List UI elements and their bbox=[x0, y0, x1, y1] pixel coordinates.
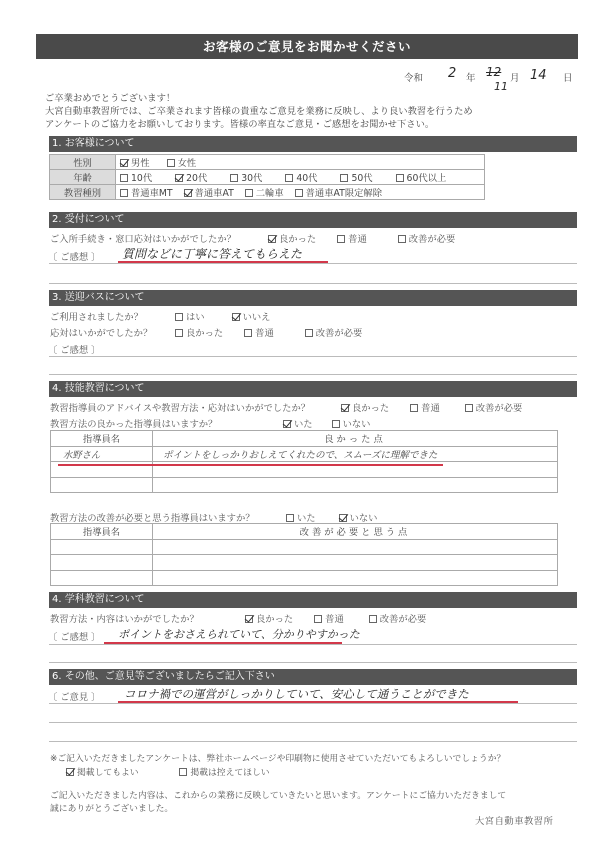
good-instructor-no-option[interactable]: いない bbox=[332, 416, 371, 430]
age-50s-option[interactable]: 50代 bbox=[340, 170, 372, 184]
checkbox-icon[interactable] bbox=[396, 174, 404, 182]
reception-comment[interactable]: 質問などに丁寧に答えてもらえた bbox=[122, 245, 302, 262]
checkbox-checked-icon[interactable] bbox=[232, 313, 240, 321]
improve-points-cell[interactable] bbox=[153, 555, 558, 571]
checkbox-icon[interactable] bbox=[340, 174, 348, 182]
gender-row: 性別 男性 女性 bbox=[50, 155, 485, 170]
improve-points-header: 改善が必要と思う点 bbox=[153, 524, 558, 540]
good-points-cell[interactable] bbox=[153, 477, 558, 493]
table-row: 水野さん ポイントをしっかりおしえてくれたので、スムーズに理解できた bbox=[51, 446, 558, 462]
date-year[interactable]: 2 bbox=[448, 66, 456, 81]
date-day-unit: 日 bbox=[563, 70, 573, 84]
instructor-name-cell[interactable] bbox=[51, 539, 153, 555]
intro-line-1: ご卒業おめでとうございます！ bbox=[45, 90, 175, 104]
table-row bbox=[51, 539, 558, 555]
reception-improve-option[interactable]: 改善が必要 bbox=[398, 231, 456, 245]
good-instructor-question: 教習方法の良かった指導員はいますか？ bbox=[50, 416, 217, 430]
table-header-row: 指導員名 良かった点 bbox=[51, 431, 558, 447]
publish-permission-options: 掲載してもよい 掲載は控えてほしい bbox=[66, 765, 284, 778]
age-row: 年齢 10代 20代 30代 40代 50代 60代以上 bbox=[50, 170, 485, 185]
checkbox-checked-icon[interactable] bbox=[66, 768, 74, 776]
date-year-unit: 年 bbox=[466, 70, 476, 84]
intro-line-2: 大宮自動車教習所では、ご卒業されます皆様の貴重なご意見を業務に反映し、より良い教… bbox=[45, 103, 473, 117]
publish-ok-option[interactable]: 掲載してもよい bbox=[66, 765, 139, 778]
improve-points-cell[interactable] bbox=[153, 539, 558, 555]
classroom-comment[interactable]: ポイントをおさえられていて、分かりやすかった bbox=[118, 626, 360, 642]
table-header-row: 指導員名 改善が必要と思う点 bbox=[51, 524, 558, 540]
section-2-header: 2. 受付について bbox=[49, 212, 577, 228]
table-row bbox=[51, 555, 558, 571]
checkbox-icon[interactable] bbox=[285, 174, 293, 182]
instructor-name-cell[interactable]: 水野さん bbox=[51, 446, 153, 462]
bus-used-options: はい いいえ bbox=[175, 309, 284, 323]
course-motorcycle-option[interactable]: 二輪車 bbox=[245, 185, 284, 199]
age-40s-option[interactable]: 40代 bbox=[285, 170, 317, 184]
checkbox-icon[interactable] bbox=[465, 404, 473, 412]
thanks-line-2: 誠にありがとうございました。 bbox=[50, 801, 173, 814]
checkbox-icon[interactable] bbox=[244, 329, 252, 337]
practical-normal-option[interactable]: 普通 bbox=[410, 400, 440, 414]
publish-permission-question: ※ご記入いただきましたアンケートは、弊社ホームページや印刷物に使用させていただい… bbox=[50, 751, 505, 764]
classroom-question: 教習方法・内容はいかがでしたか？ bbox=[50, 611, 199, 625]
gender-label: 性別 bbox=[50, 155, 116, 170]
checkbox-icon[interactable] bbox=[286, 514, 294, 522]
date-month-crossed: 12 bbox=[486, 65, 501, 79]
instructor-name-header: 指導員名 bbox=[51, 431, 153, 447]
section-3-header: 3. 送迎バスについて bbox=[49, 290, 577, 306]
bus-service-question: 応対はいかがでしたか？ bbox=[50, 325, 152, 339]
checkbox-checked-icon[interactable] bbox=[341, 404, 349, 412]
handwritten-underline bbox=[58, 464, 443, 466]
checkbox-icon[interactable] bbox=[398, 235, 406, 243]
checkbox-icon[interactable] bbox=[410, 404, 418, 412]
classroom-comment-label: 〔 ご感想 〕 bbox=[48, 629, 100, 643]
intro-line-3: アンケートのご協力をお願いしております。皆様の率直なご意見・ご感想をお聞かせ下さ… bbox=[45, 116, 434, 130]
checkbox-icon[interactable] bbox=[305, 329, 313, 337]
age-30s-option[interactable]: 30代 bbox=[230, 170, 262, 184]
date-era: 令和 bbox=[404, 70, 423, 84]
good-instructor-table: 指導員名 良かった点 水野さん ポイントをしっかりおしえてくれたので、スムーズに… bbox=[50, 430, 558, 493]
reception-good-option[interactable]: 良かった bbox=[268, 231, 316, 245]
bus-comment-label: 〔 ご感想 〕 bbox=[48, 342, 100, 356]
gender-male-option[interactable]: 男性 bbox=[120, 155, 150, 169]
instructor-name-cell[interactable] bbox=[51, 570, 153, 586]
checkbox-icon[interactable] bbox=[167, 159, 175, 167]
checkbox-icon[interactable] bbox=[120, 189, 128, 197]
comment-rule bbox=[49, 644, 577, 645]
checkbox-icon[interactable] bbox=[369, 615, 377, 623]
customer-info-table: 性別 男性 女性 年齢 10代 20代 30代 40代 50代 60代以上 教習… bbox=[49, 154, 485, 200]
course-type-row: 教習種別 普通車MT 普通車AT 二輪車 普通車AT限定解除 bbox=[50, 185, 485, 200]
section-4-header: 4. 技能教習について bbox=[49, 381, 577, 397]
age-10s-option[interactable]: 10代 bbox=[120, 170, 152, 184]
classroom-improve-option[interactable]: 改善が必要 bbox=[369, 611, 427, 625]
date-day[interactable]: 14 bbox=[530, 68, 547, 83]
improve-instructor-yes-option[interactable]: いた bbox=[286, 510, 316, 524]
checkbox-icon[interactable] bbox=[175, 313, 183, 321]
reception-normal-option[interactable]: 普通 bbox=[337, 231, 367, 245]
checkbox-icon[interactable] bbox=[175, 329, 183, 337]
section-1-header: 1. お客様について bbox=[49, 136, 577, 152]
course-type-label: 教習種別 bbox=[50, 185, 116, 200]
practical-advice-question: 教習指導員のアドバイスや教習方法・応対はいかがでしたか？ bbox=[50, 400, 310, 414]
checkbox-checked-icon[interactable] bbox=[245, 615, 253, 623]
comment-rule bbox=[49, 263, 577, 264]
classroom-options: 良かった 普通 改善が必要 bbox=[245, 611, 440, 625]
other-comment[interactable]: コロナ禍での運営がしっかりしていて、安心して通うことができた bbox=[124, 686, 469, 702]
form-title: お客様のご意見をお聞かせください bbox=[36, 34, 578, 59]
checkbox-checked-icon[interactable] bbox=[175, 174, 183, 182]
good-instructor-yes-option[interactable]: いた bbox=[283, 416, 313, 430]
practical-improve-option[interactable]: 改善が必要 bbox=[465, 400, 523, 414]
improve-instructor-options: いた いない bbox=[286, 510, 391, 524]
instructor-name-header: 指導員名 bbox=[51, 524, 153, 540]
comment-rule bbox=[49, 283, 577, 284]
comment-rule bbox=[49, 741, 577, 742]
reception-question: ご入所手続き・窓口応対はいかがでしたか？ bbox=[50, 231, 236, 245]
checkbox-checked-icon[interactable] bbox=[120, 159, 128, 167]
checkbox-icon[interactable] bbox=[230, 174, 238, 182]
practical-good-option[interactable]: 良かった bbox=[341, 400, 389, 414]
instructor-name-cell[interactable] bbox=[51, 477, 153, 493]
thanks-line-1: ご記入いただきました内容は、これからの業務に反映していきたいと思います。アンケー… bbox=[50, 788, 506, 801]
checkbox-icon[interactable] bbox=[332, 420, 340, 428]
bus-normal-option[interactable]: 普通 bbox=[244, 325, 274, 339]
improve-instructor-table: 指導員名 改善が必要と思う点 bbox=[50, 523, 558, 586]
checkbox-icon[interactable] bbox=[245, 189, 253, 197]
bus-used-no-option[interactable]: いいえ bbox=[232, 309, 271, 323]
course-at-unlock-option[interactable]: 普通車AT限定解除 bbox=[295, 185, 382, 199]
checkbox-checked-icon[interactable] bbox=[339, 514, 347, 522]
publish-decline-option[interactable]: 掲載は控えてほしい bbox=[179, 765, 269, 778]
reception-options: 良かった 普通 改善が必要 bbox=[268, 231, 469, 245]
comment-rule bbox=[49, 703, 577, 704]
date-month[interactable]: 11 bbox=[494, 80, 508, 93]
checkbox-checked-icon[interactable] bbox=[268, 235, 276, 243]
comment-rule bbox=[49, 662, 577, 663]
school-signature: 大宮自動車教習所 bbox=[475, 813, 553, 827]
bus-used-yes-option[interactable]: はい bbox=[175, 309, 205, 323]
instructor-name-cell[interactable] bbox=[51, 555, 153, 571]
age-60s-plus-option[interactable]: 60代以上 bbox=[396, 170, 447, 184]
other-comment-label: 〔 ご意見 〕 bbox=[48, 689, 100, 703]
bus-good-option[interactable]: 良かった bbox=[175, 325, 223, 339]
checkbox-icon[interactable] bbox=[337, 235, 345, 243]
section-6-header: 6. その他、ご意見等ございましたらご記入下さい bbox=[49, 669, 577, 685]
table-row bbox=[51, 570, 558, 586]
comment-rule bbox=[49, 356, 577, 357]
comment-rule bbox=[49, 722, 577, 723]
improve-instructor-question: 教習方法の改善が必要と思う指導員はいますか？ bbox=[50, 510, 255, 524]
bus-service-options: 良かった 普通 改善が必要 bbox=[175, 325, 376, 339]
improve-instructor-no-option[interactable]: いない bbox=[339, 510, 378, 524]
good-instructor-options: いた いない bbox=[283, 416, 384, 430]
good-points-header: 良かった点 bbox=[153, 431, 558, 447]
age-label: 年齢 bbox=[50, 170, 116, 185]
section-5-header: 4. 学科教習について bbox=[49, 592, 577, 608]
checkbox-icon[interactable] bbox=[179, 768, 187, 776]
course-at-option[interactable]: 普通車AT bbox=[184, 185, 234, 199]
table-row bbox=[51, 477, 558, 493]
checkbox-icon[interactable] bbox=[295, 189, 303, 197]
bus-improve-option[interactable]: 改善が必要 bbox=[305, 325, 363, 339]
checkbox-checked-icon[interactable] bbox=[184, 189, 192, 197]
checkbox-icon[interactable] bbox=[314, 615, 322, 623]
checkbox-icon[interactable] bbox=[120, 174, 128, 182]
checkbox-checked-icon[interactable] bbox=[283, 420, 291, 428]
course-mt-option[interactable]: 普通車MT bbox=[120, 185, 173, 199]
gender-female-option[interactable]: 女性 bbox=[167, 155, 197, 169]
date-month-unit: 月 bbox=[510, 70, 520, 84]
practical-advice-options: 良かった 普通 改善が必要 bbox=[341, 400, 536, 414]
improve-points-cell[interactable] bbox=[153, 570, 558, 586]
comment-rule bbox=[49, 374, 577, 375]
classroom-good-option[interactable]: 良かった bbox=[245, 611, 293, 625]
reception-comment-label: 〔 ご感想 〕 bbox=[48, 249, 100, 263]
good-points-cell[interactable]: ポイントをしっかりおしえてくれたので、スムーズに理解できた bbox=[153, 446, 558, 462]
age-20s-option[interactable]: 20代 bbox=[175, 170, 207, 184]
classroom-normal-option[interactable]: 普通 bbox=[314, 611, 344, 625]
bus-used-question: ご利用されましたか？ bbox=[50, 309, 143, 323]
